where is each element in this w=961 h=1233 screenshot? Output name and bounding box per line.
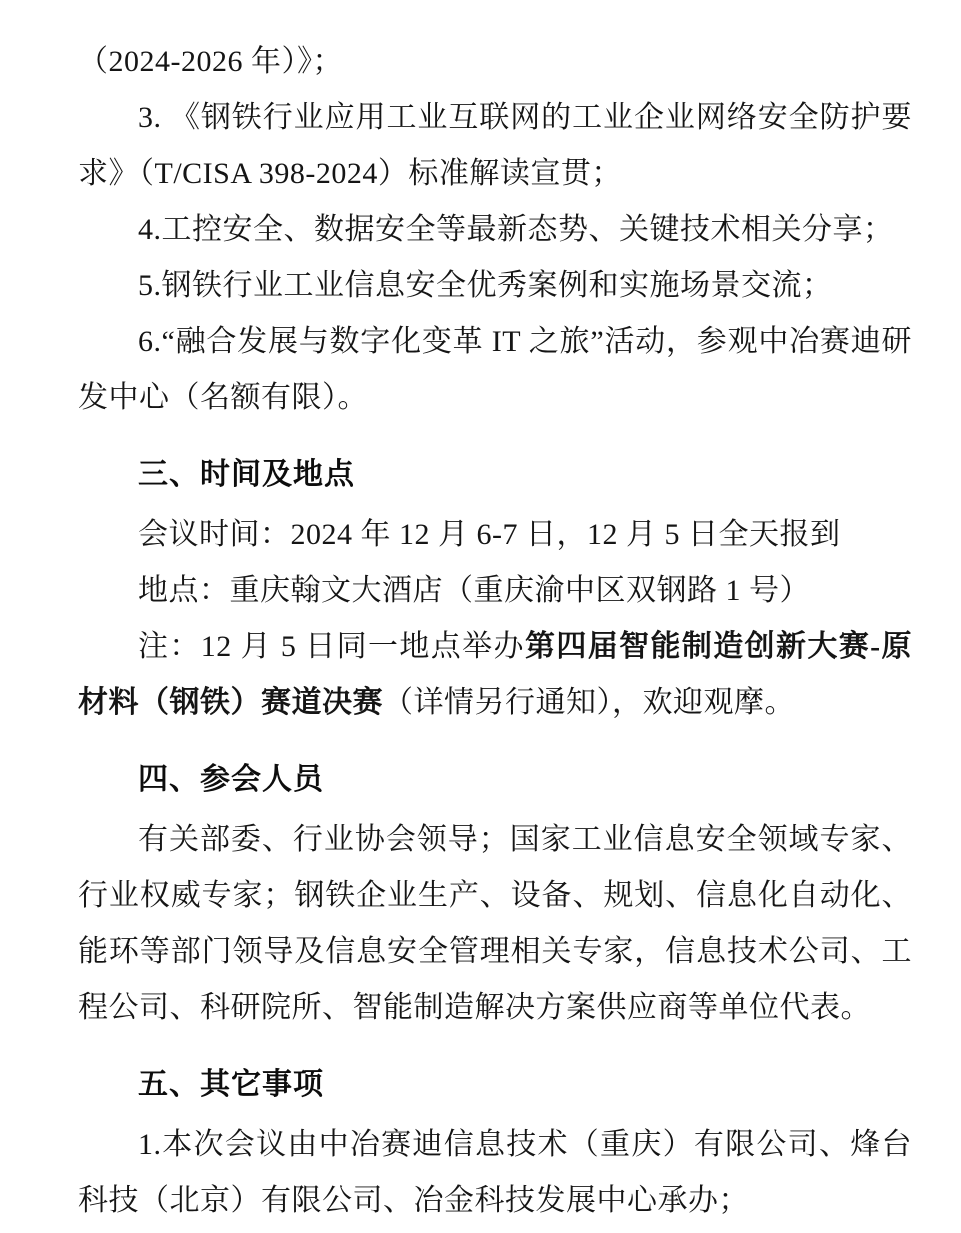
paragraph: 有关部委、行业协会领导；国家工业信息安全领域专家、行业权威专家；钢铁企业生产、设… bbox=[78, 812, 912, 1036]
text-run: （详情另行通知），欢迎观摩。 bbox=[383, 686, 795, 719]
paragraph: 5.钢铁行业工业信息安全优秀案例和实施场景交流； bbox=[78, 258, 912, 314]
paragraph: 注：12 月 5 日同一地点举办第四届智能制造创新大赛-原材料（钢铁）赛道决赛（… bbox=[78, 619, 912, 731]
text-run: 地点：重庆翰文大酒店（重庆渝中区双钢路 1 号） bbox=[138, 574, 810, 607]
paragraph: 4.工控安全、数据安全等最新态势、关键技术相关分享； bbox=[78, 202, 912, 258]
section-heading: 五、其它事项 bbox=[78, 1057, 912, 1113]
text-run: 有关部委、行业协会领导；国家工业信息安全领域专家、行业权威专家；钢铁企业生产、设… bbox=[78, 823, 912, 1024]
text-run: 会议时间：2024 年 12 月 6-7 日，12 月 5 日全天报到 bbox=[138, 518, 841, 551]
paragraph: 6.“融合发展与数字化变革 IT 之旅”活动，参观中冶赛迪研发中心（名额有限）。 bbox=[78, 314, 912, 426]
paragraph: 地点：重庆翰文大酒店（重庆渝中区双钢路 1 号） bbox=[78, 563, 912, 619]
paragraph: 3. 《钢铁行业应用工业互联网的工业企业网络安全防护要求》（T/CISA 398… bbox=[78, 90, 912, 202]
section-heading: 三、时间及地点 bbox=[78, 447, 912, 503]
text-run: 注：12 月 5 日同一地点举办 bbox=[138, 630, 525, 663]
bold-text-run: 三、时间及地点 bbox=[138, 458, 355, 491]
section-heading: 四、参会人员 bbox=[78, 752, 912, 808]
paragraph: （2024-2026 年）》； bbox=[78, 34, 912, 90]
text-run: 6.“融合发展与数字化变革 IT 之旅”活动，参观中冶赛迪研发中心（名额有限）。 bbox=[78, 325, 912, 414]
text-run: 5.钢铁行业工业信息安全优秀案例和实施场景交流； bbox=[138, 269, 833, 302]
text-run: 1.本次会议由中冶赛迪信息技术（重庆）有限公司、烽台科技（北京）有限公司、冶金科… bbox=[78, 1128, 912, 1217]
paragraph: 1.本次会议由中冶赛迪信息技术（重庆）有限公司、烽台科技（北京）有限公司、冶金科… bbox=[78, 1117, 912, 1229]
paragraph: 会议时间：2024 年 12 月 6-7 日，12 月 5 日全天报到 bbox=[78, 507, 912, 563]
text-run: （2024-2026 年）》； bbox=[78, 45, 343, 78]
text-run: 3. 《钢铁行业应用工业互联网的工业企业网络安全防护要求》（T/CISA 398… bbox=[78, 101, 912, 190]
bold-text-run: 五、其它事项 bbox=[138, 1068, 324, 1101]
document-page: （2024-2026 年）》；3. 《钢铁行业应用工业互联网的工业企业网络安全防… bbox=[0, 0, 961, 1233]
text-run: 4.工控安全、数据安全等最新态势、关键技术相关分享； bbox=[138, 213, 894, 246]
bold-text-run: 四、参会人员 bbox=[138, 763, 324, 796]
